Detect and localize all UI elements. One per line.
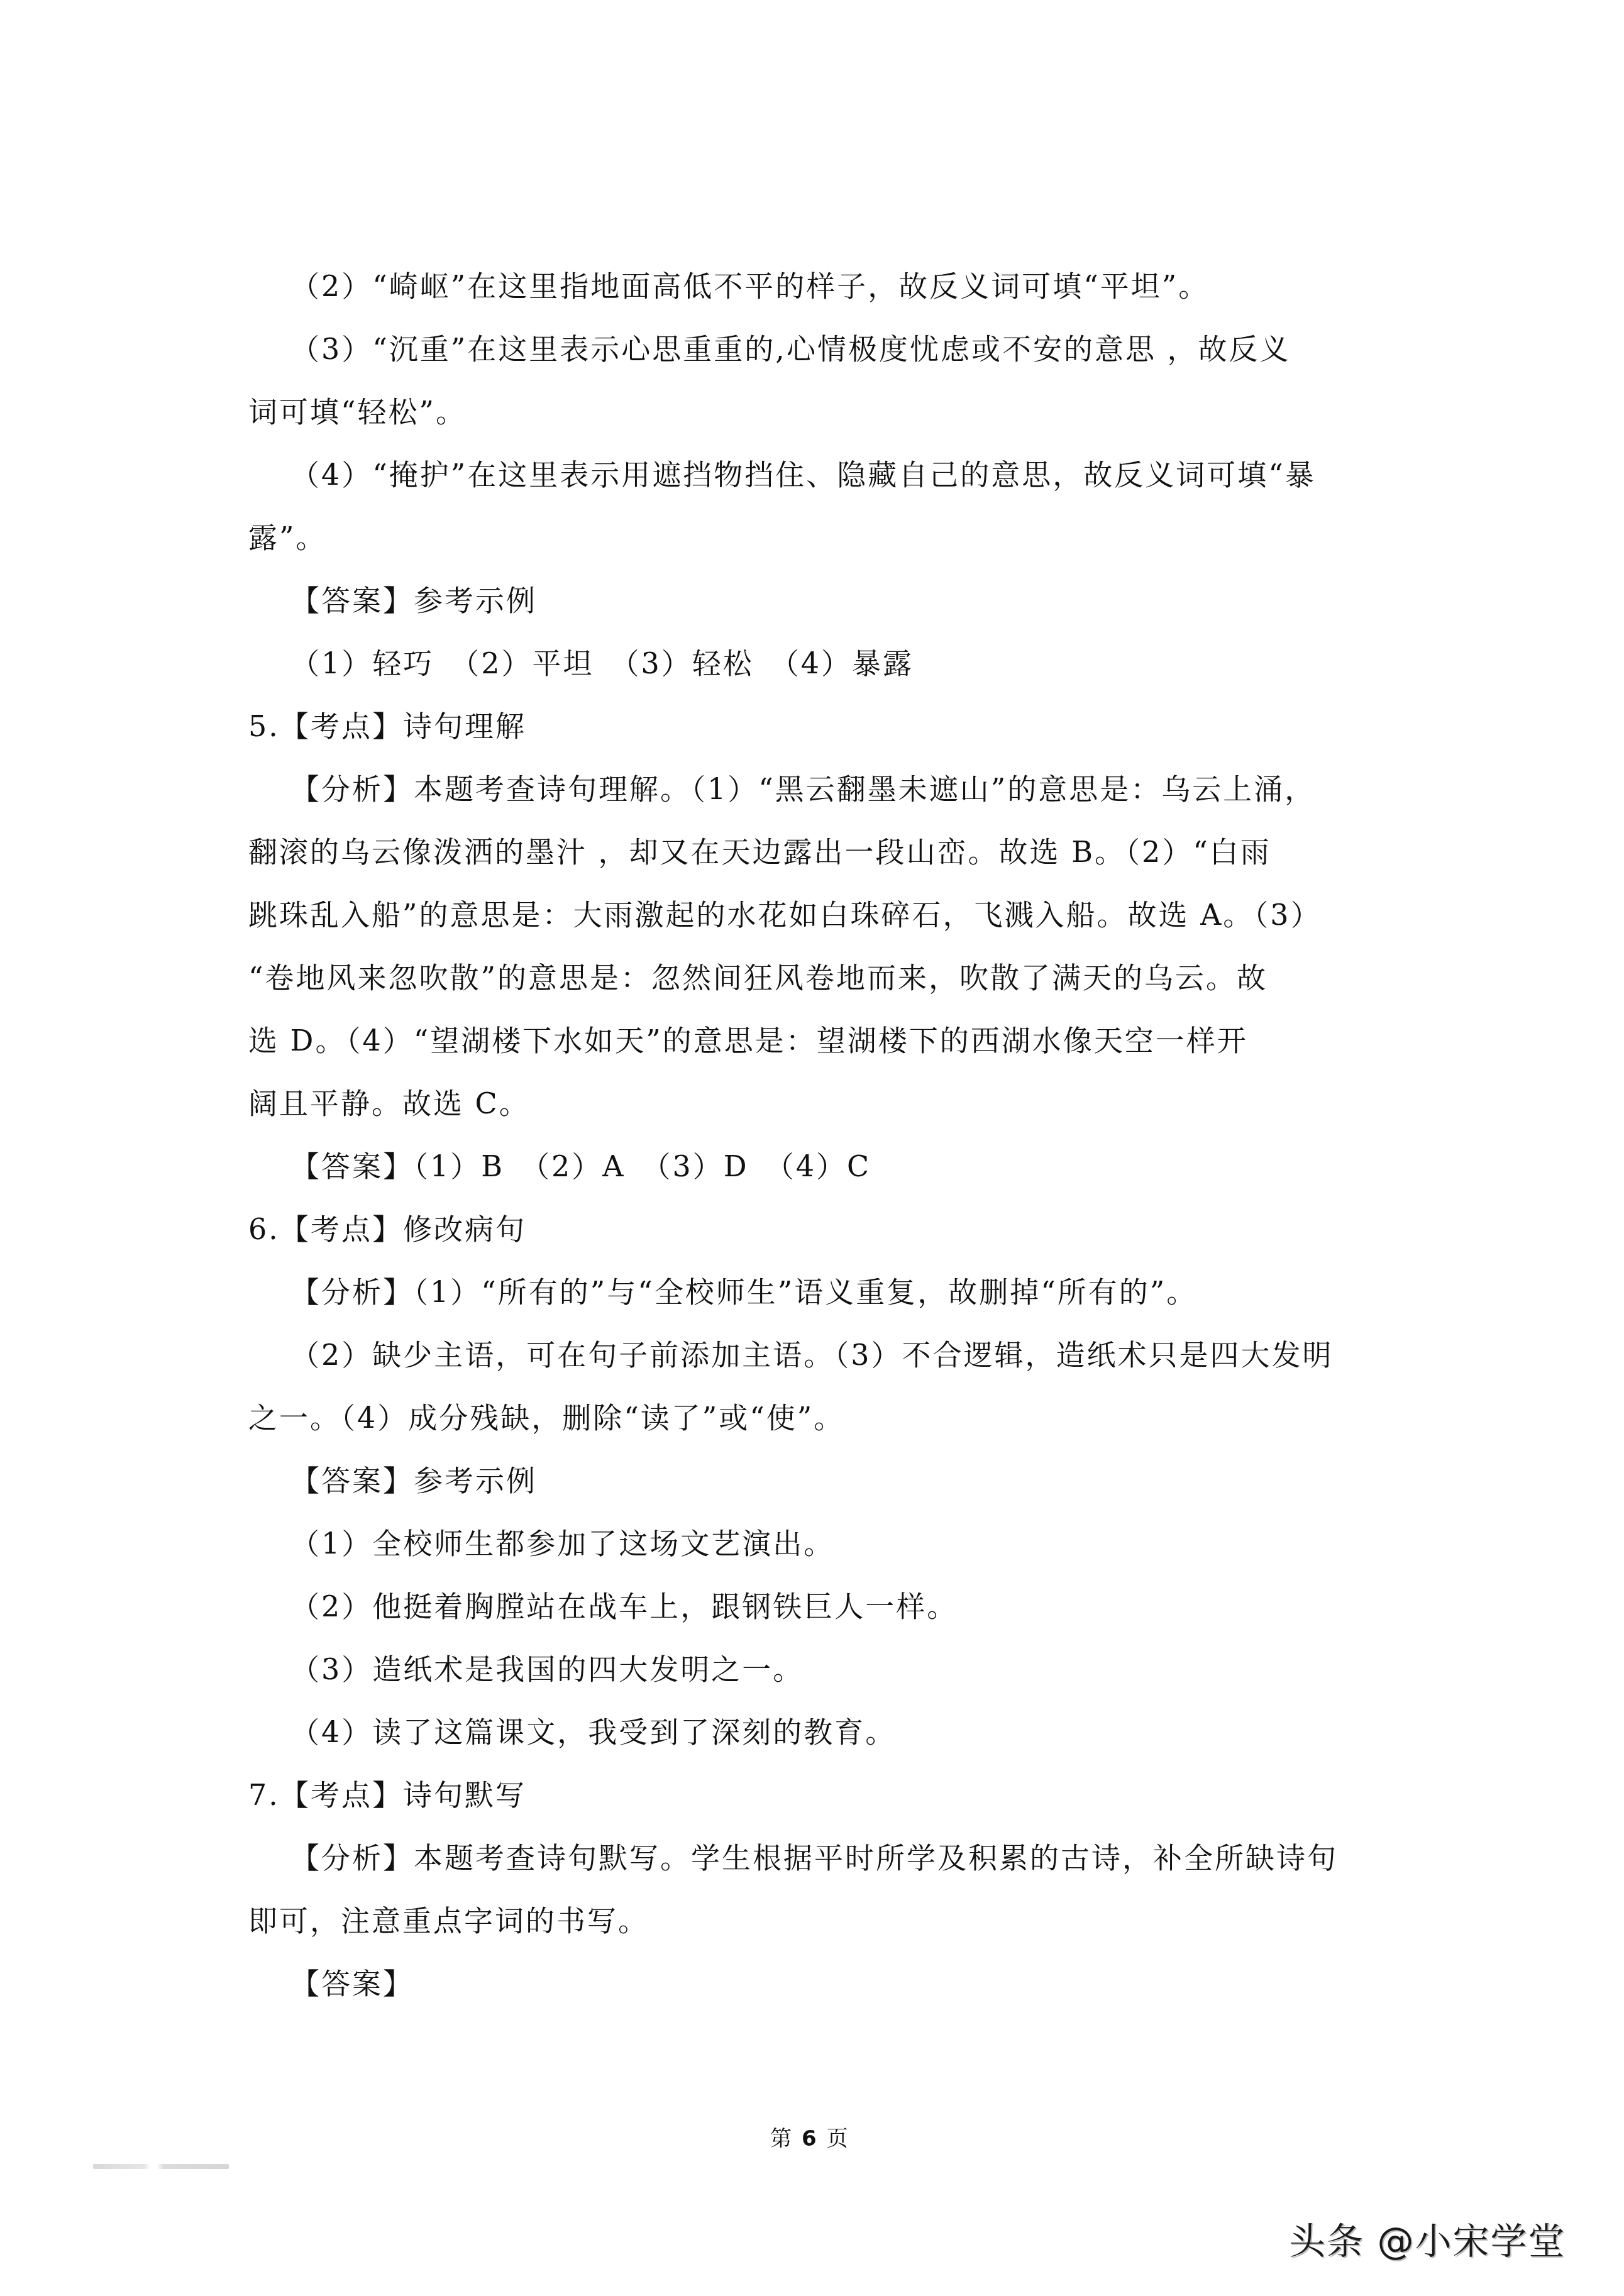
- text-line-q5-analysis-2: 翻滚的乌云像泼洒的墨汁 ，却又在天边露出一段山峦。故选 B。（2）“白雨: [248, 834, 1271, 869]
- text-line-q7-analysis-1: 【分析】本题考查诗句默写。学生根据平时所学及积累的古诗，补全所缺诗句: [290, 1840, 1338, 1875]
- document-page: （2）“崎岖”在这里指地面高低不平的样子，故反义词可填“平坦”。 （3）“沉重”…: [0, 0, 1624, 2296]
- text-line-q4-analysis-2: （2）“崎岖”在这里指地面高低不平的样子，故反义词可填“平坦”。: [290, 268, 1209, 304]
- page-suffix: 页: [827, 2126, 849, 2151]
- text-line-q7-answer-label: 【答案】: [290, 1966, 414, 2001]
- text-line-q6-answer-label: 【答案】参考示例: [290, 1463, 537, 1498]
- text-line-q4-analysis-4-cont: 露”。: [248, 520, 327, 555]
- text-line-q4-answer: （1）轻巧 （2）平坦 （3）轻松 （4）暴露: [290, 646, 914, 681]
- heading-q6-topic: 6.【考点】修改病句: [248, 1211, 526, 1247]
- text-line-q5-analysis-3: 跳珠乱入船”的意思是：大雨激起的水花如白珠碎石，飞溅入船。故选 A。（3）: [248, 897, 1322, 932]
- text-line-q5-analysis-1: 【分析】本题考查诗句理解。（1）“黑云翻墨未遮山”的意思是：乌云上涌，: [290, 771, 1315, 807]
- page-prefix: 第: [770, 2126, 793, 2151]
- text-line-q4-analysis-3-cont: 词可填“轻松”。: [248, 394, 467, 429]
- text-line-q4-analysis-4: （4）“掩护”在这里表示用遮挡物挡住、隐藏自己的意思，故反义词可填“暴: [290, 457, 1316, 492]
- text-line-q5-analysis-4: “卷地风来忽吹散”的意思是：忽然间狂风卷地而来，吹散了满天的乌云。故: [248, 960, 1268, 995]
- heading-q5-topic: 5.【考点】诗句理解: [248, 709, 526, 744]
- text-line-q4-analysis-3: （3）“沉重”在这里表示心思重重的,心情极度忧虑或不安的意思 ，故反义: [290, 331, 1291, 367]
- heading-q7-topic: 7.【考点】诗句默写: [248, 1777, 526, 1813]
- text-line-q6-analysis-3: 之一。（4）成分残缺，删除“读了”或“使”。: [248, 1400, 844, 1435]
- text-line-q6-answer-1: （1）全校师生都参加了这场文艺演出。: [290, 1526, 834, 1561]
- text-line-q5-answer: 【答案】（1）B （2）A （3）D （4）C: [290, 1149, 871, 1184]
- text-line-q6-answer-2: （2）他挺着胸膛站在战车上，跟钢铁巨人一样。: [290, 1589, 958, 1624]
- text-line-q6-analysis-1: 【分析】（1）“所有的”与“全校师生”语义重复，故删掉“所有的”。: [290, 1274, 1197, 1310]
- text-line-q5-analysis-5: 选 D。（4）“望湖楼下水如天”的意思是：望湖楼下的西湖水像天空一样开: [248, 1023, 1248, 1058]
- faint-footer-rule: [93, 2164, 229, 2169]
- text-line-q4-answer-label: 【答案】参考示例: [290, 583, 537, 618]
- page-number: 第6页: [770, 2126, 849, 2151]
- text-line-q6-analysis-2: （2）缺少主语，可在句子前添加主语。（3）不合逻辑，造纸术只是四大发明: [290, 1337, 1334, 1372]
- text-line-q6-answer-3: （3）造纸术是我国的四大发明之一。: [290, 1652, 804, 1687]
- page-number-value: 6: [802, 2126, 818, 2151]
- text-line-q6-answer-4: （4）读了这篇课文，我受到了深刻的教育。: [290, 1714, 896, 1750]
- text-line-q5-analysis-6: 阔且平静。故选 C。: [248, 1086, 530, 1121]
- watermark: 头条 @小宋学堂: [1289, 2219, 1566, 2263]
- text-line-q7-analysis-2: 即可，注意重点字词的书写。: [248, 1903, 649, 1938]
